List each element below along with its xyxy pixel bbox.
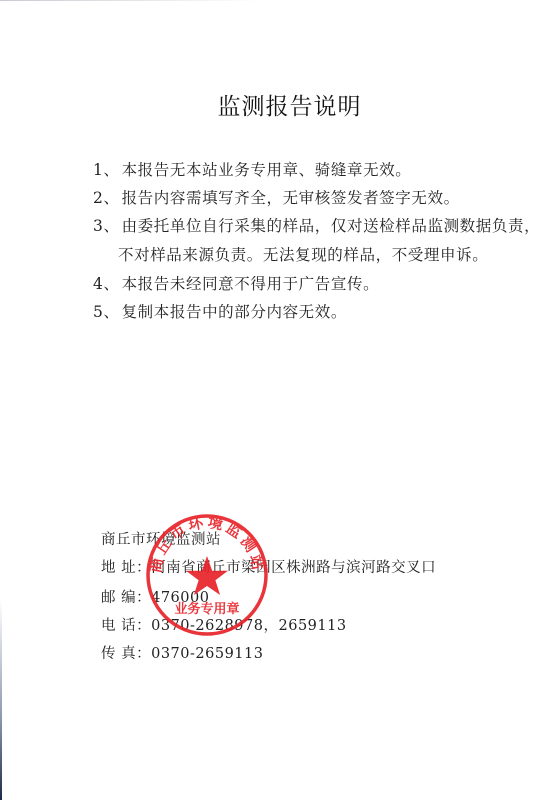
phone-value: 0370-2628978，2659113 bbox=[151, 618, 346, 634]
organization-name: 商丘市环境监测站 bbox=[101, 528, 221, 549]
address-line: 地 址：河南省商丘市梁园区株洲路与滨河路交叉口 bbox=[101, 556, 436, 577]
address-label: 地 址： bbox=[101, 560, 151, 576]
note-item-2: 2、报告内容需填写齐全，无审核签发者签字无效。 bbox=[93, 186, 460, 208]
postcode-line: 邮 编：476000 bbox=[101, 586, 209, 607]
document-title: 监测报告说明 bbox=[0, 88, 549, 121]
note-text: 报告内容需填写齐全，无审核签发者签字无效。 bbox=[122, 189, 460, 207]
note-item-3: 3、由委托单位自行采集的样品，仅对送检样品监测数据负责， bbox=[93, 214, 540, 236]
note-number: 2、 bbox=[93, 189, 120, 207]
scan-left-edge bbox=[0, 600, 2, 800]
note-text: 不对样品来源负责。无法复现的样品，不受理申诉。 bbox=[118, 246, 488, 264]
note-text: 复制本报告中的部分内容无效。 bbox=[122, 303, 347, 321]
note-text: 本报告未经同意不得用于广告宣传。 bbox=[122, 275, 380, 293]
note-number: 1、 bbox=[93, 161, 120, 179]
note-item-4: 4、本报告未经同意不得用于广告宣传。 bbox=[93, 272, 379, 294]
scan-top-edge bbox=[0, 0, 260, 1]
note-text: 本报告无本站业务专用章、骑缝章无效。 bbox=[122, 161, 412, 179]
phone-label: 电 话： bbox=[101, 618, 151, 634]
postcode-label: 邮 编： bbox=[101, 590, 151, 606]
note-item-1: 1、本报告无本站业务专用章、骑缝章无效。 bbox=[93, 158, 411, 180]
fax-label: 传 真： bbox=[101, 646, 151, 662]
note-text: 由委托单位自行采集的样品，仅对送检样品监测数据负责， bbox=[122, 217, 541, 235]
note-number: 5、 bbox=[93, 303, 120, 321]
postcode-value: 476000 bbox=[151, 590, 209, 606]
note-item-5: 5、复制本报告中的部分内容无效。 bbox=[93, 300, 347, 322]
note-number: 3、 bbox=[93, 217, 120, 235]
fax-value: 0370-2659113 bbox=[151, 646, 263, 662]
note-item-3-continued: 不对样品来源负责。无法复现的样品，不受理申诉。 bbox=[118, 243, 488, 265]
document-page: 监测报告说明 1、本报告无本站业务专用章、骑缝章无效。 2、报告内容需填写齐全，… bbox=[0, 0, 549, 800]
note-number: 4、 bbox=[93, 275, 120, 293]
fax-line: 传 真：0370-2659113 bbox=[101, 642, 264, 663]
address-value: 河南省商丘市梁园区株洲路与滨河路交叉口 bbox=[151, 560, 436, 576]
phone-line: 电 话：0370-2628978，2659113 bbox=[101, 614, 347, 635]
